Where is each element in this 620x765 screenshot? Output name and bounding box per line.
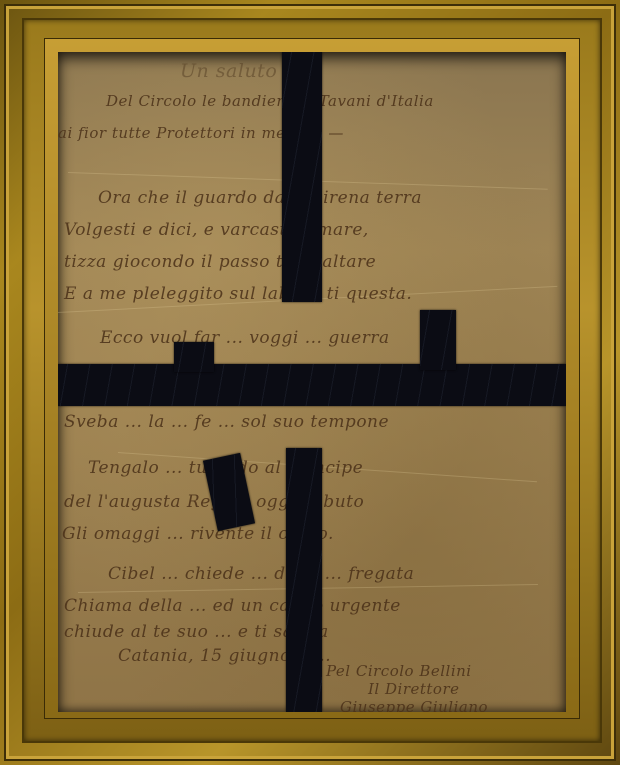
tape-piece-right-small	[420, 310, 456, 370]
tape-strip-horizontal	[58, 364, 566, 406]
letter-line: Sveba ... la ... fe ... sol suo tempone	[64, 412, 389, 432]
signature-name: Giuseppe Giuliano	[340, 698, 488, 712]
picture-frame: Un saluto Del Circolo le bandiere ai Tav…	[0, 0, 620, 765]
tape-strip-top-vertical	[282, 52, 322, 302]
signature-role: Il Direttore	[368, 680, 460, 698]
tape-piece-left-small	[174, 342, 214, 372]
letter-line: E a me pleleggito sul labbro ti questa.	[64, 284, 412, 304]
letter-paper: Un saluto Del Circolo le bandiere ai Tav…	[58, 52, 566, 712]
letter-title: Un saluto	[180, 60, 277, 82]
letter-line: Del Circolo le bandiere ai Tavani d'Ital…	[106, 92, 434, 110]
letter-line: Chiama della ... ed un canno urgente	[64, 596, 401, 616]
signature-org: Pel Circolo Bellini	[326, 662, 472, 680]
tape-strip-bottom-vertical	[286, 448, 322, 712]
letter-line: Cibel ... chiede ... della ... fregata	[108, 564, 414, 584]
letter-line: tizza giocondo il passo tuo l'altare	[64, 252, 376, 272]
letter-line: Ora che il guardo dalla sirena terra	[98, 188, 422, 208]
letter-line: Volgesti e dici, e varcasti il mare,	[64, 220, 369, 240]
letter-line: Ecco vuol far ... voggi ... guerra	[100, 328, 390, 348]
